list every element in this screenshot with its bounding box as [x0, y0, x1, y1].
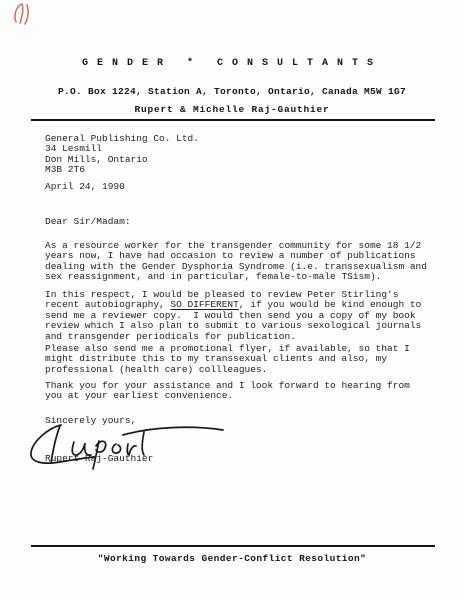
paragraph-2: In this respect, I would be pleased to r… — [45, 290, 428, 342]
letterhead-principals: Rupert & Michelle Raj-Gauthier — [0, 104, 464, 115]
paragraph-4: Thank you for your assistance and I look… — [45, 381, 428, 402]
date-line: April 24, 1990 — [45, 182, 428, 192]
recipient-line-1: General Publishing Co. Ltd. — [45, 134, 428, 144]
footer-motto: "Working Towards Gender-Conflict Resolut… — [0, 553, 464, 564]
recipient-line-4: M3B 2T6 — [45, 165, 428, 175]
letter-page: GENDER * CONSULTANTS P.O. Box 1224, Stat… — [0, 0, 464, 600]
recipient-address: General Publishing Co. Ltd. 34 Lesmill D… — [45, 134, 428, 176]
letterhead-divider — [31, 119, 435, 121]
org-name: GENDER * CONSULTANTS — [0, 58, 464, 69]
paragraph-3: Please also send me a promotional flyer,… — [45, 344, 428, 375]
recipient-line-3: Don Mills, Ontario — [45, 155, 428, 165]
signer-name: Rupert Raj-Gauthier — [45, 454, 428, 464]
footer-divider — [31, 545, 435, 547]
scan-edge-artifact — [0, 0, 464, 2]
letterhead-address: P.O. Box 1224, Station A, Toronto, Ontar… — [0, 86, 464, 97]
book-title: SO DIFFERENT — [170, 299, 238, 310]
salutation: Dear Sir/Madam: — [45, 217, 428, 227]
paragraph-1: As a resource worker for the transgender… — [45, 241, 428, 283]
red-pen-mark — [9, 1, 43, 29]
